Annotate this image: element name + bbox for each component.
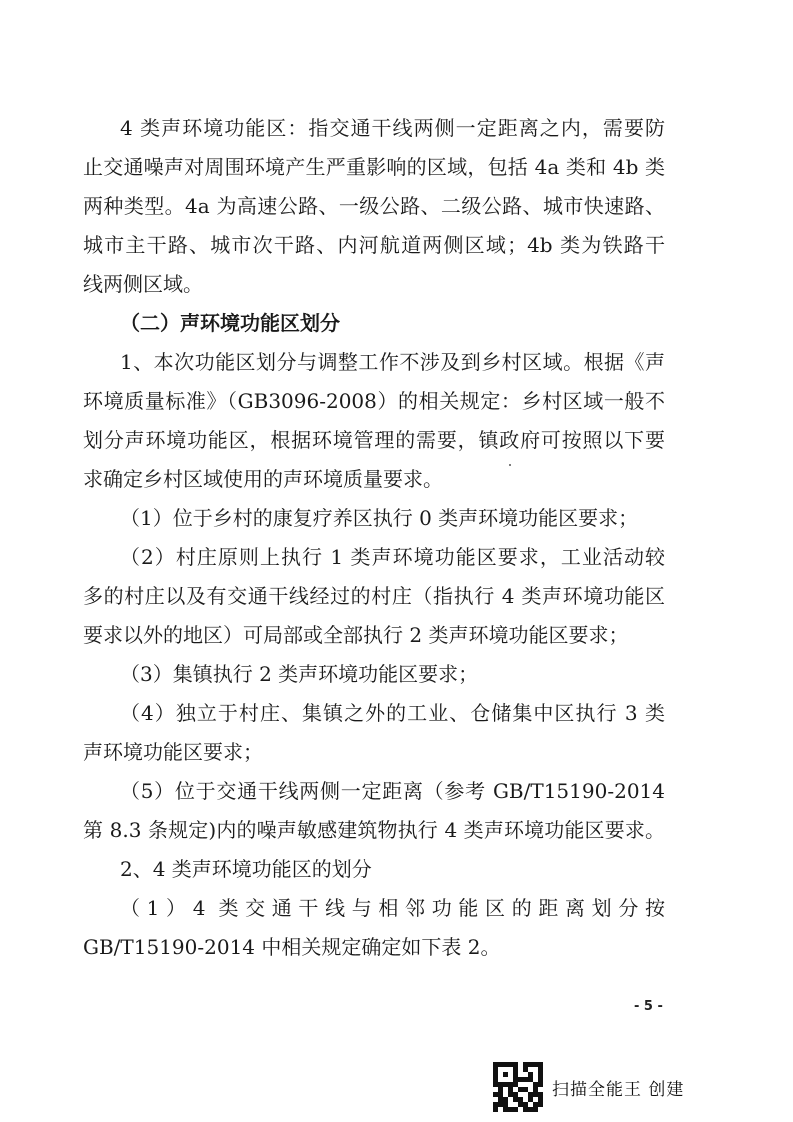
text-line: 线两侧区域。 [83,271,665,297]
page-number: - 5 - [634,999,663,1014]
section-heading: （二）声环境功能区划分 [120,310,665,336]
text-line: 止交通噪声对周围环境产生严重影响的区域，包括 4a 类和 4b 类 [83,154,665,180]
text-line: （3）集镇执行 2 类声环境功能区要求； [120,661,665,687]
text-line: 第 8.3 条规定)内的噪声敏感建筑物执行 4 类声环境功能区要求。 [83,817,665,843]
text-line: （2）村庄原则上执行 1 类声环境功能区要求，工业活动较 [120,544,665,570]
text-line: 4 类声环境功能区：指交通干线两侧一定距离之内，需要防 [120,115,665,141]
text-line: 两种类型。4a 为高速公路、一级公路、二级公路、城市快速路、 [83,193,665,219]
watermark-text: 扫描全能王 创建 [552,1075,684,1100]
qr-code-icon [493,1062,543,1112]
text-line: 多的村庄以及有交通干线经过的村庄（指执行 4 类声环境功能区 [83,583,665,609]
text-line: （5）位于交通干线两侧一定距离（参考 GB/T15190-2014 [120,778,665,804]
text-line: 声环境功能区要求； [83,739,665,765]
text-line: GB/T15190-2014 中相关规定确定如下表 2。 [83,934,665,960]
text-line: （1）位于乡村的康复疗养区执行 0 类声环境功能区要求； [120,505,665,531]
text-line: 环境质量标准》（GB3096-2008）的相关规定：乡村区域一般不 [83,388,665,414]
text-line: 划分声环境功能区，根据环境管理的需要，镇政府可按照以下要 [83,427,665,453]
text-line: 2、4 类声环境功能区的划分 [120,856,665,882]
text-line: 要求以外的地区）可局部或全部执行 2 类声环境功能区要求； [83,622,665,648]
scanner-watermark: 扫描全能王 创建 [493,1062,684,1112]
text-line: （4）独立于村庄、集镇之外的工业、仓储集中区执行 3 类 [120,700,665,726]
stray-dot [509,464,511,466]
text-line: （1）4 类交通干线与相邻功能区的距离划分按 [120,895,665,921]
text-line: 求确定乡村区域使用的声环境质量要求。 [83,466,665,492]
text-line: 城市主干路、城市次干路、内河航道两侧区域；4b 类为铁路干 [83,232,665,258]
text-line: 1、本次功能区划分与调整工作不涉及到乡村区域。根据《声 [120,349,665,375]
